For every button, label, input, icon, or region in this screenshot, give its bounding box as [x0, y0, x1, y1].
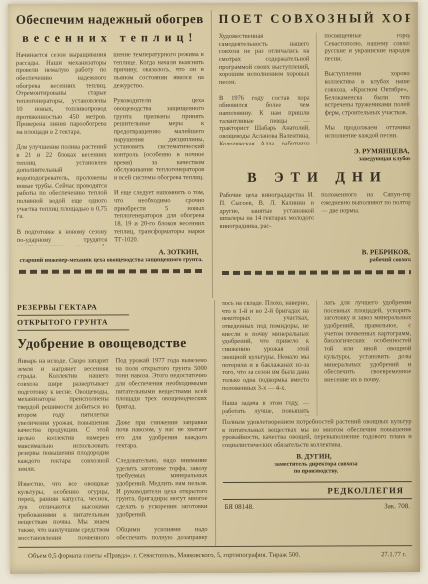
choir-headline: ПОЕТ СОВХОЗНЫЙ ХОР [219, 11, 411, 27]
fertilizer-headline: Удобрение в овощеводстве [17, 335, 207, 352]
these-days-signature: В. РЕБРИКОВ, [220, 249, 410, 258]
column-rule [316, 33, 317, 145]
these-days-headline: В ЭТИ ДНИ [219, 170, 411, 187]
these-days-column-2: положенного на Сапун-горе, ежедневно вып… [321, 191, 411, 245]
rubric-line2: ОТКРЫТОГО ГРУНТА [17, 315, 129, 330]
choir-signature-role: заведующая клубом. [219, 156, 411, 164]
dashed-divider [222, 270, 411, 275]
fertilizer-columns-left: Январь на исходе. Скоро запарит земля и … [17, 357, 207, 542]
these-days-column-1: Рабочие цеха виноградарства И. П. Сысоев… [219, 192, 314, 246]
greenhouse-headline-line1: Обеспечим надежный обогрев [16, 11, 204, 28]
top-section: Обеспечим надежный обогрев весенних тепл… [16, 9, 411, 299]
editorial-board-label: РЕДКОЛЛЕГИЯ [222, 481, 412, 500]
fertilizer-closing-paragraph: Полным удовлетворением потребностей раст… [222, 418, 412, 450]
choir-column-2: посвященные городу Севастополю, нашему с… [324, 32, 411, 144]
footer-imprint-text: Объем 0,5 формата газеты «Правда». г. Се… [28, 552, 300, 560]
greenhouse-signature: А. ЗОТКИН, [17, 248, 199, 257]
fertilizer-column-1: Январь на исходе. Скоро запарит земля и … [17, 357, 109, 541]
these-days-signature-role: рабочий совхоза. [220, 258, 411, 266]
fertilizer-column-3: лось на складе. Плохо, наверно, что в 1-… [222, 300, 310, 416]
fertilizer-signature-role: заместитель директора совхоза по произво… [222, 461, 410, 477]
imprint-code: БЯ 08148. [224, 502, 254, 510]
footer-date: 27.1.77 г. [381, 551, 406, 558]
page-footer: Объем 0,5 формата газеты «Правда». г. Се… [18, 545, 412, 560]
greenhouse-column-1: Начинается сезон выращивания рассады. На… [16, 51, 107, 245]
article-fertilizer-left: РЕЗЕРВЫ ГЕКТАРА ОТКРЫТОГО ГРУНТА Удобрен… [17, 300, 208, 547]
rubric-open-ground: РЕЗЕРВЫ ГЕКТАРА ОТКРЫТОГО ГРУНТА [17, 300, 129, 330]
fertilizer-column-4: лать для лучшего удобрения посевных площ… [324, 299, 412, 415]
choir-column-1: Художественная самодеятельность нашего с… [219, 33, 310, 145]
greenhouse-column-2: шение температурного режима в теплице. К… [113, 51, 204, 245]
imprint-row: БЯ 08148. Зак. 708. [222, 499, 412, 511]
dashed-divider [19, 269, 203, 274]
newspaper-page: Обеспечим надежный обогрев весенних тепл… [8, 2, 420, 574]
fertilizer-column-2: Под урожай 1977 года вывезено на поля от… [116, 357, 208, 541]
right-top-half: ПОЕТ СОВХОЗНЫЙ ХОР Художественная самоде… [219, 9, 411, 298]
imprint-order-number: Зак. 708. [384, 502, 410, 510]
fertilizer-signature: В. ДУГИН, [222, 452, 406, 461]
vertical-rule [211, 10, 213, 298]
article-greenhouse: Обеспечим надежный обогрев весенних тепл… [16, 10, 205, 299]
column-rule [316, 300, 318, 416]
footer-spacer [300, 551, 381, 558]
these-days-columns: Рабочие цеха виноградарства И. П. Сысоев… [219, 191, 411, 246]
choir-signature: Э. РУМЯНЦЕВА, [219, 147, 409, 156]
article-fertilizer-right: лось на складе. Плохо, наверно, что в 1-… [222, 299, 413, 546]
fertilizer-columns-right: лось на складе. Плохо, наверно, что в 1-… [222, 299, 412, 416]
vertical-rule [214, 300, 216, 546]
choir-columns: Художественная самодеятельность нашего с… [219, 32, 411, 145]
bottom-section: РЕЗЕРВЫ ГЕКТАРА ОТКРЫТОГО ГРУНТА Удобрен… [17, 299, 412, 547]
rubric-line1: РЕЗЕРВЫ ГЕКТАРА [17, 300, 129, 315]
greenhouse-columns: Начинается сезон выращивания рассады. На… [16, 51, 205, 246]
greenhouse-signature-role: старший инженер-механик цеха овощеводств… [17, 257, 203, 265]
greenhouse-headline-line2: весенних теплиц! [16, 30, 204, 46]
